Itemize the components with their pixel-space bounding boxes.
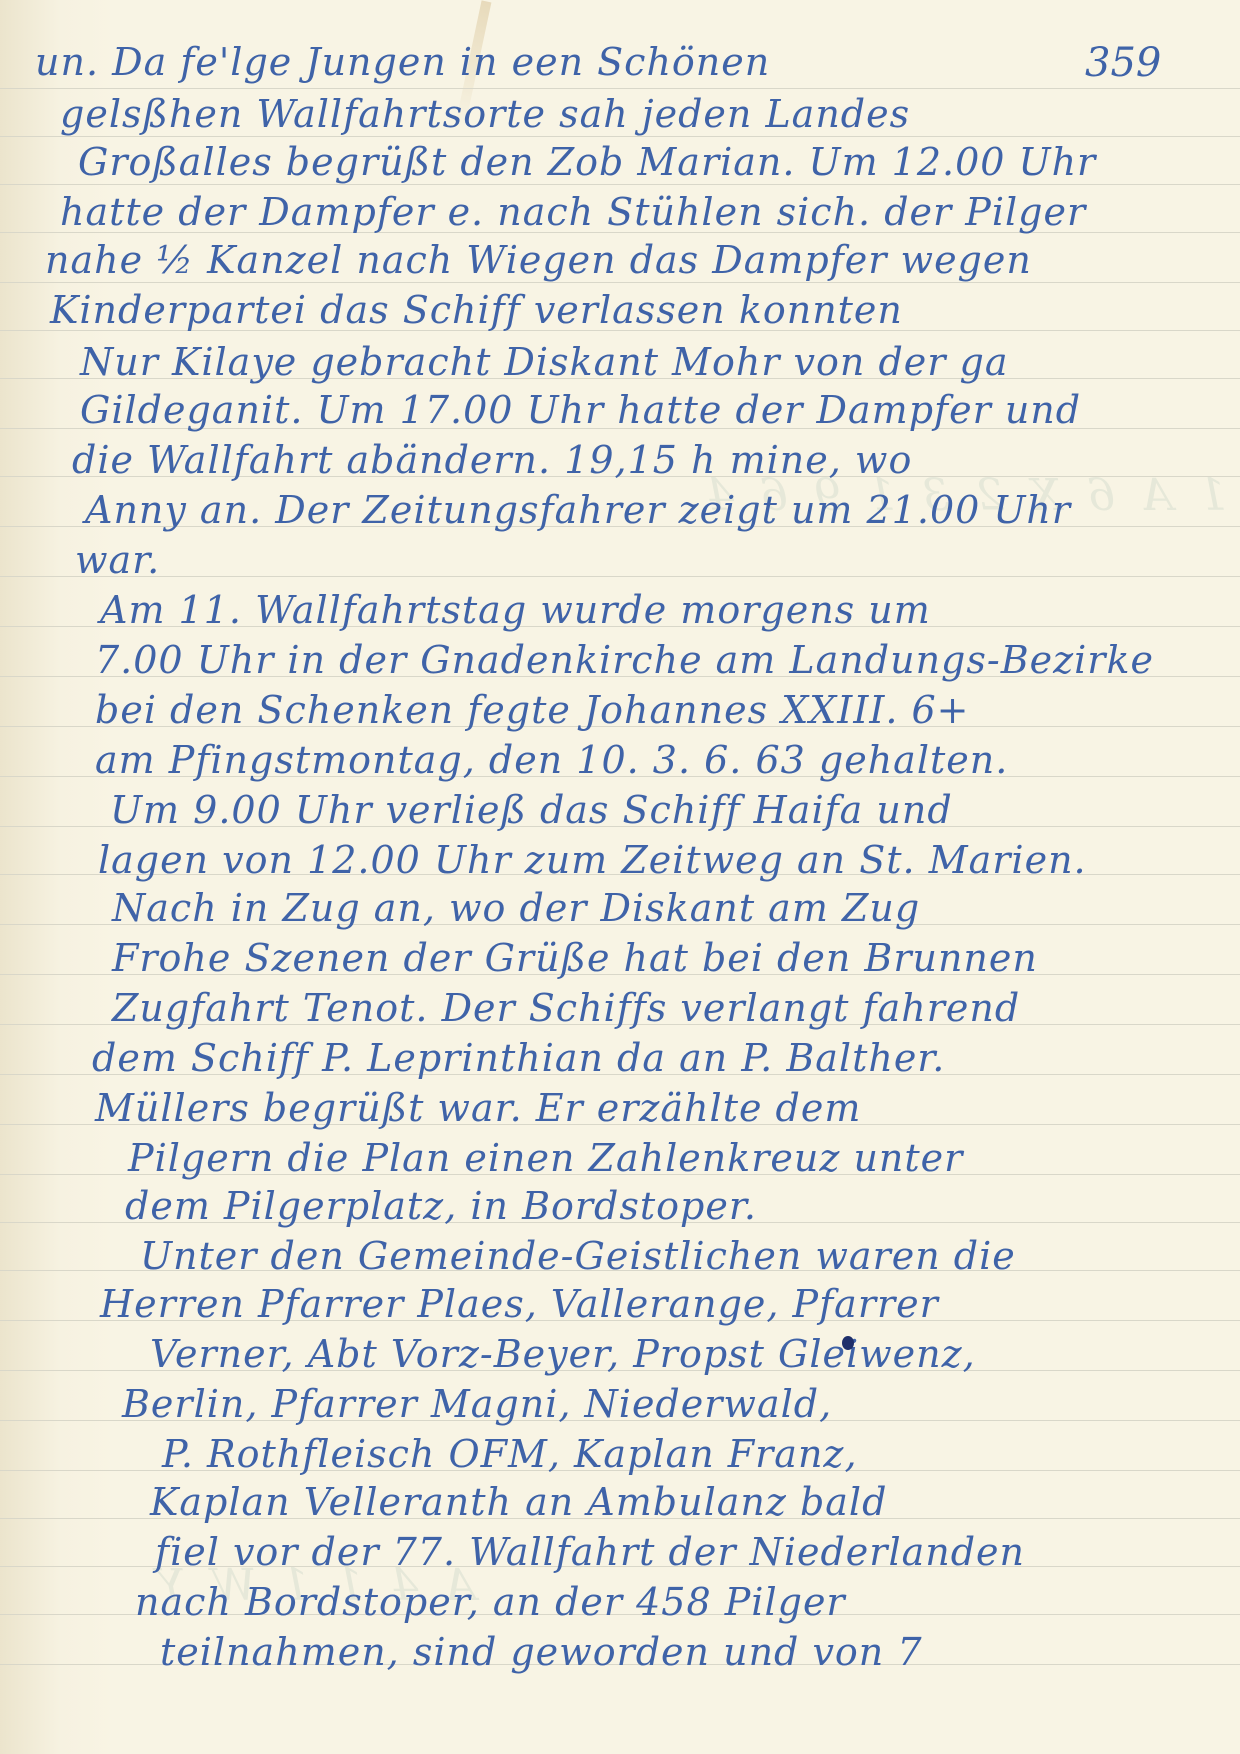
ink-blot [842,1336,854,1350]
page-number: 359 [1085,40,1161,86]
handwritten-line: Kaplan Velleranth an Ambulanz bald [150,1480,887,1524]
handwritten-line: Zugfahrt Tenot. Der Schiffs verlangt fah… [112,986,1020,1030]
handwritten-line: Anny an. Der Zeitungsfahrer zeigt um 21.… [85,488,1071,532]
handwritten-line: lagen von 12.00 Uhr zum Zeitweg an St. M… [98,838,1087,882]
handwritten-line: teilnahmen, sind geworden und von 7 [160,1630,923,1674]
handwritten-line: die Wallfahrt abändern. 19,15 h mine, wo [72,438,912,482]
rule-line [0,184,1240,185]
handwritten-line: fiel vor der 77. Wallfahrt der Niederlan… [155,1530,1025,1574]
handwritten-line: Berlin, Pfarrer Magni, Niederwald, [122,1382,832,1426]
handwritten-line: P. Rothfleisch OFM, Kaplan Franz, [162,1432,858,1476]
handwritten-line: Herren Pfarrer Plaes, Vallerange, Pfarre… [100,1282,939,1326]
handwritten-line: war. [75,538,160,582]
handwritten-line: Müllers begrüßt war. Er erzählte dem [95,1086,861,1130]
handwritten-line: Nach in Zug an, wo der Diskant am Zug [112,886,920,930]
handwritten-line: Kinderpartei das Schiff verlassen konnte… [50,288,903,332]
handwritten-line: Um 9.00 Uhr verließ das Schiff Haifa und [110,788,953,832]
handwritten-line: Nur Kilaye gebracht Diskant Mohr von der… [80,340,1009,384]
handwritten-line: am Pfingstmontag, den 10. 3. 6. 63 gehal… [95,738,1008,782]
handwritten-line: Am 11. Wallfahrtstag wurde morgens um [100,588,931,632]
rule-line [0,88,1240,89]
handwritten-line: Gildeganit. Um 17.00 Uhr hatte der Dampf… [80,388,1081,432]
rule-line [0,576,1240,577]
handwritten-line: hatte der Dampfer e. nach Stühlen sich. … [60,190,1086,234]
handwritten-line: 7.00 Uhr in der Gnadenkirche am Landungs… [95,638,1154,682]
handwritten-line: Pilgern die Plan einen Zahlenkreuz unter [128,1136,963,1180]
handwritten-line: bei den Schenken fegte Johannes XXIII. 6… [95,688,970,732]
handwritten-line: Großalles begrüßt den Zob Marian. Um 12.… [78,140,1096,184]
handwritten-line: un. Da fe'lge Jungen in een Schönen [35,40,855,84]
handwritten-line: dem Pilgerplatz, in Bordstoper. [125,1184,757,1228]
rule-line [0,282,1240,283]
handwritten-line: nahe ½ Kanzel nach Wiegen das Dampfer we… [45,238,1032,282]
handwritten-line: nach Bordstoper, an der 458 Pilger [135,1580,846,1624]
handwritten-line: dem Schiff P. Leprinthian da an P. Balth… [92,1036,945,1080]
notebook-page: W 4 4 1 1 1 A 6 X 2 3 1 9 6 4 A 4 1 1 W … [0,0,1240,1754]
handwritten-line: gelsßhen Wallfahrtsorte sah jeden Landes [60,92,910,136]
rule-line [0,136,1240,137]
handwritten-line: Frohe Szenen der Grüße hat bei den Brunn… [112,936,1038,980]
handwritten-line: Unter den Gemeinde-Geistlichen waren die [140,1234,1016,1278]
